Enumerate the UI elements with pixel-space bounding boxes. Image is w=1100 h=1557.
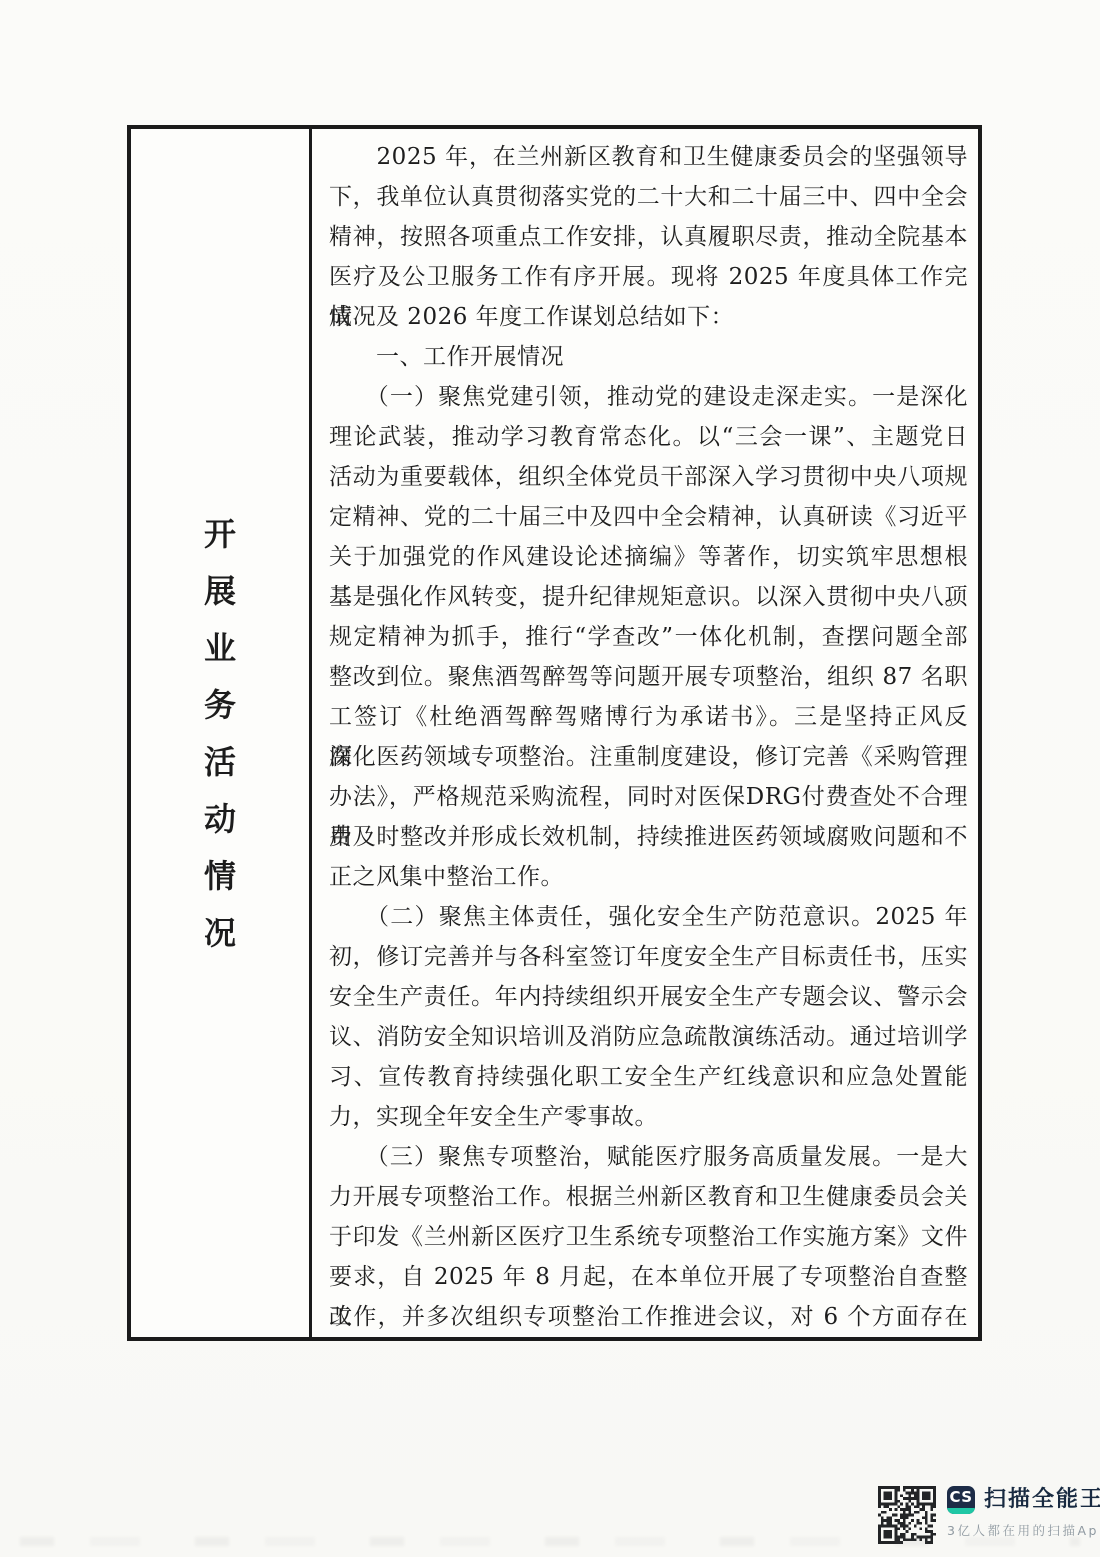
text-line: 工作，并多次组织专项整治工作推进会议，对 6 个方面存在的 bbox=[329, 1297, 968, 1337]
document-table: 开展业务活动情况 2025 年，在兰州新区教育和卫生健康委员会的坚强领导下，我单… bbox=[127, 125, 982, 1341]
text-line: 力，实现全年安全生产零事故。 bbox=[329, 1097, 968, 1137]
camscanner-watermark: CS 扫描全能王 3亿人都在用的扫描App bbox=[878, 1486, 1100, 1544]
text-line: 于印发《兰州新区医疗卫生系统专项整治工作实施方案》文件 bbox=[329, 1217, 968, 1257]
text-line: 活动为重要载体，组织全体党员干部深入学习贯彻中央八项规 bbox=[329, 457, 968, 497]
content-cell: 2025 年，在兰州新区教育和卫生健康委员会的坚强领导下，我单位认真贯彻落实党的… bbox=[312, 129, 978, 1337]
text-line: 习、宣传教育持续强化职工安全生产红线意识和应急处置能 bbox=[329, 1057, 968, 1097]
logo-abbr: CS bbox=[947, 1486, 975, 1509]
row-label-char: 动 bbox=[204, 803, 236, 835]
text-line: （二）聚焦主体责任，强化安全生产防范意识。2025 年 bbox=[329, 897, 968, 937]
row-label-char: 展 bbox=[204, 575, 236, 607]
text-line: 用及时整改并形成长效机制，持续推进医药领域腐败问题和不 bbox=[329, 817, 968, 857]
row-label-char: 业 bbox=[204, 632, 236, 664]
text-line: 一、工作开展情况 bbox=[329, 337, 968, 377]
text-line: （三）聚焦专项整治，赋能医疗服务高质量发展。一是大 bbox=[329, 1137, 968, 1177]
scanned-page: 开展业务活动情况 2025 年，在兰州新区教育和卫生健康委员会的坚强领导下，我单… bbox=[0, 0, 1100, 1557]
text-line: 情况及 2026 年度工作谋划总结如下： bbox=[329, 297, 968, 337]
text-line: 要求，自 2025 年 8 月起，在本单位开展了专项整治自查整改 bbox=[329, 1257, 968, 1297]
text-line: 深化医药领域专项整治。注重制度建设，修订完善《采购管理 bbox=[329, 737, 968, 777]
text-line: 整改到位。聚焦酒驾醉驾等问题开展专项整治，组织 87 名职 bbox=[329, 657, 968, 697]
qr-code-icon bbox=[878, 1486, 936, 1544]
text-line: 办法》，严格规范采购流程，同时对医保DRG付费查处不合理费 bbox=[329, 777, 968, 817]
text-line: 力开展专项整治工作。根据兰州新区教育和卫生健康委员会关 bbox=[329, 1177, 968, 1217]
text-line: 安全生产责任。年内持续组织开展安全生产专题会议、警示会 bbox=[329, 977, 968, 1017]
app-name: 扫描全能王 bbox=[984, 1486, 1100, 1514]
row-label-char: 务 bbox=[204, 689, 236, 721]
text-line: 2025 年，在兰州新区教育和卫生健康委员会的坚强领导 bbox=[329, 137, 968, 177]
watermark-text-block: CS 扫描全能王 3亿人都在用的扫描App bbox=[947, 1486, 1100, 1539]
text-line: 工签订《杜绝酒驾醉驾赌博行为承诺书》。三是坚持正风反腐， bbox=[329, 697, 968, 737]
text-line: 定精神、党的二十届三中及四中全会精神，认真研读《习近平 bbox=[329, 497, 968, 537]
row-label-cell: 开展业务活动情况 bbox=[131, 129, 312, 1337]
logo-teal-strip bbox=[947, 1508, 975, 1514]
text-line: 二是强化作风转变，提升纪律规矩意识。以深入贯彻中央八项 bbox=[329, 577, 968, 617]
scan-artifact bbox=[20, 1537, 1080, 1546]
text-line: 正之风集中整治工作。 bbox=[329, 857, 968, 897]
text-line: 医疗及公卫服务工作有序开展。现将 2025 年度具体工作完成 bbox=[329, 257, 968, 297]
text-line: 规定精神为抓手，推行“学查改”一体化机制，查摆问题全部 bbox=[329, 617, 968, 657]
text-line: （一）聚焦党建引领，推动党的建设走深走实。一是深化 bbox=[329, 377, 968, 417]
text-line: 下，我单位认真贯彻落实党的二十大和二十届三中、四中全会 bbox=[329, 177, 968, 217]
row-label-char: 况 bbox=[204, 917, 236, 949]
text-line: 理论武装，推动学习教育常态化。以“三会一课”、主题党日 bbox=[329, 417, 968, 457]
text-line: 议、消防安全知识培训及消防应急疏散演练活动。通过培训学 bbox=[329, 1017, 968, 1057]
row-label-char: 情 bbox=[204, 860, 236, 892]
camscanner-logo-icon: CS bbox=[947, 1486, 975, 1514]
row-label-char: 开 bbox=[204, 518, 236, 550]
text-line: 初，修订完善并与各科室签订年度安全生产目标责任书，压实 bbox=[329, 937, 968, 977]
text-line: 关于加强党的作风建设论述摘编》等著作，切实筑牢思想根基。 bbox=[329, 537, 968, 577]
qr-code-svg bbox=[878, 1486, 936, 1544]
row-label-char: 活 bbox=[204, 746, 236, 778]
text-line: 精神，按照各项重点工作安排，认真履职尽责，推动全院基本 bbox=[329, 217, 968, 257]
